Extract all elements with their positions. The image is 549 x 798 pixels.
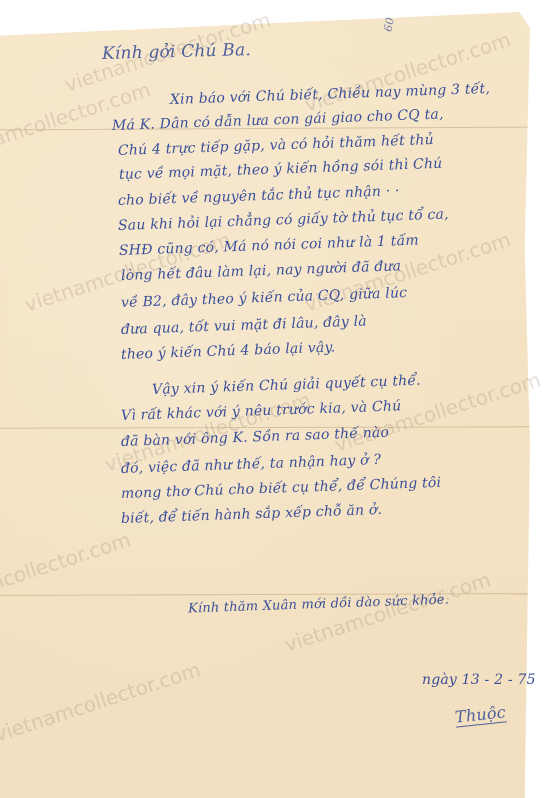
page-marker: 60 [382,16,397,32]
letter-date: ngày 13 - 2 - 75 [422,672,536,688]
paper-fold [0,593,530,596]
salutation: Kính gởi Chú Ba. [102,40,251,64]
